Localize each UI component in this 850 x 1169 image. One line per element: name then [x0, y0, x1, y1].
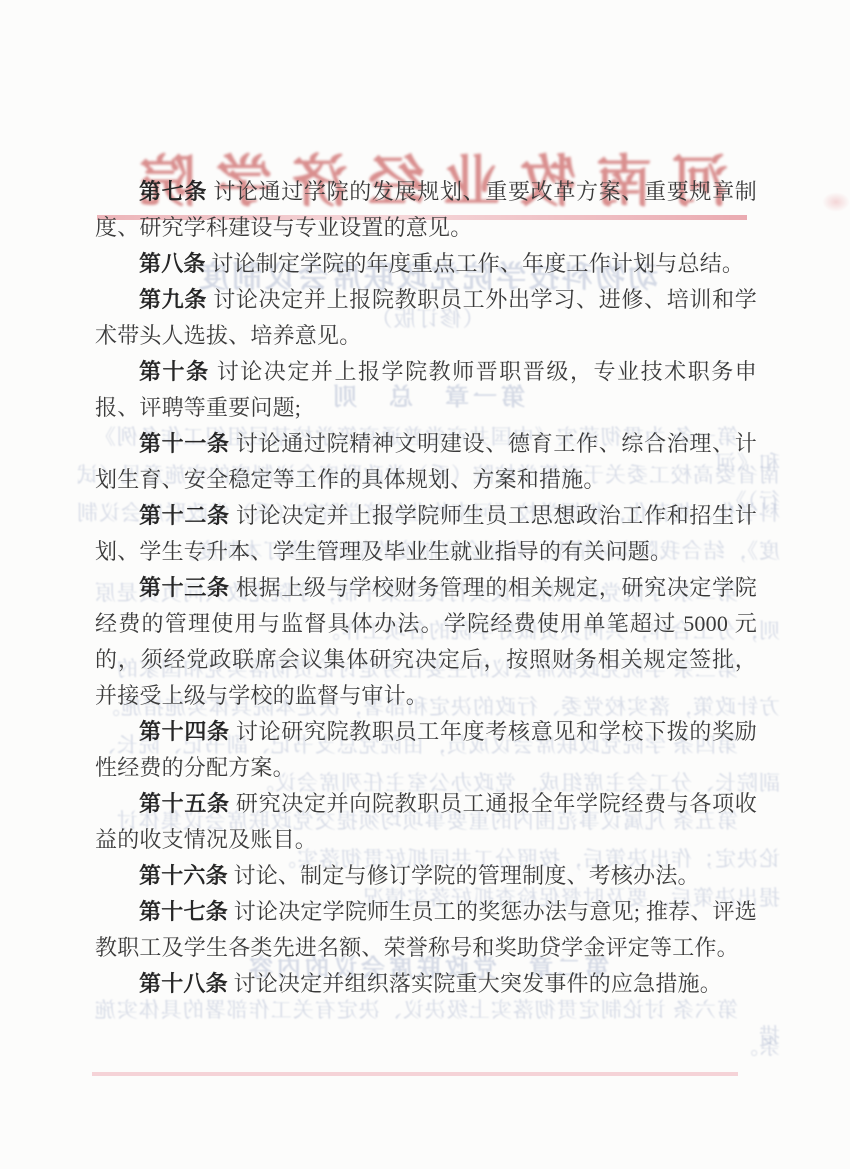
article-paragraph: 第十六条 讨论、制定与修订学院的管理制度、考核办法。	[95, 858, 757, 894]
article-paragraph: 第八条 讨论制定学院的年度重点工作、年度工作计划与总结。	[95, 246, 757, 282]
article-label: 第十二条	[139, 503, 230, 528]
article-paragraph: 第十四条 讨论研究院教职员工年度考核意见和学校下拨的奖励性经费的分配方案。	[95, 714, 757, 786]
scanned-document-page: 河南牧业经济学院 动物科技学院党政联席会议制度（修订版）第一章 总 则第一条 为…	[0, 0, 850, 1169]
article-label: 第十六条	[139, 863, 228, 888]
document-body: 第七条 讨论通过学院的发展规划、重要改革方案、重要规章制度、研究学科建设与专业设…	[95, 174, 757, 1002]
bleed-through-line: 条。	[74, 1034, 780, 1060]
article-label: 第十一条	[139, 431, 230, 456]
article-paragraph: 第十七条 讨论决定学院师生员工的奖惩办法与意见; 推荐、评选教职工及学生各类先进…	[95, 894, 757, 966]
article-label: 第十三条	[139, 575, 230, 600]
article-text: 讨论决定并组织落实院重大突发事件的应急措施。	[228, 971, 722, 996]
article-label: 第十五条	[139, 791, 230, 816]
article-paragraph: 第十条 讨论决定并上报学院教师晋职晋级，专业技术职务申报、评聘等重要问题;	[95, 354, 757, 426]
article-paragraph: 第九条 讨论决定并上报院教职员工外出学习、进修、培训和学术带头人选拔、培养意见。	[95, 282, 757, 354]
article-paragraph: 第十一条 讨论通过院精神文明建设、德育工作、综合治理、计划生育、安全稳定等工作的…	[95, 426, 757, 498]
article-label: 第十四条	[139, 719, 230, 744]
bleed-through-line: 第六条 讨论制定贯彻落实上级决议、决定有关工作部署的具体实施措	[74, 997, 780, 1049]
article-label: 第十七条	[139, 899, 228, 924]
article-label: 第十条	[139, 359, 210, 384]
article-label: 第八条	[139, 251, 206, 276]
red-edge-smudge	[822, 192, 850, 212]
article-paragraph: 第十八条 讨论决定并组织落实院重大突发事件的应急措施。	[95, 966, 757, 1002]
article-paragraph: 第十五条 研究决定并向院教职员工通报全年学院经费与各项收益的收支情况及账目。	[95, 786, 757, 858]
article-text: 讨论制定学院的年度重点工作、年度工作计划与总结。	[206, 251, 745, 276]
article-label: 第七条	[139, 179, 207, 204]
article-paragraph: 第十三条 根据上级与学校财务管理的相关规定，研究决定学院经费的管理使用与监督具体…	[95, 570, 757, 714]
article-paragraph: 第十二条 讨论决定并上报学院师生员工思想政治工作和招生计划、学生专升本、学生管理…	[95, 498, 757, 570]
article-paragraph: 第七条 讨论通过学院的发展规划、重要改革方案、重要规章制度、研究学科建设与专业设…	[95, 174, 757, 246]
article-label: 第九条	[139, 287, 207, 312]
article-text: 讨论、制定与修订学院的管理制度、考核办法。	[228, 863, 700, 888]
article-label: 第十八条	[139, 971, 228, 996]
red-rule-bottom	[92, 1072, 738, 1076]
